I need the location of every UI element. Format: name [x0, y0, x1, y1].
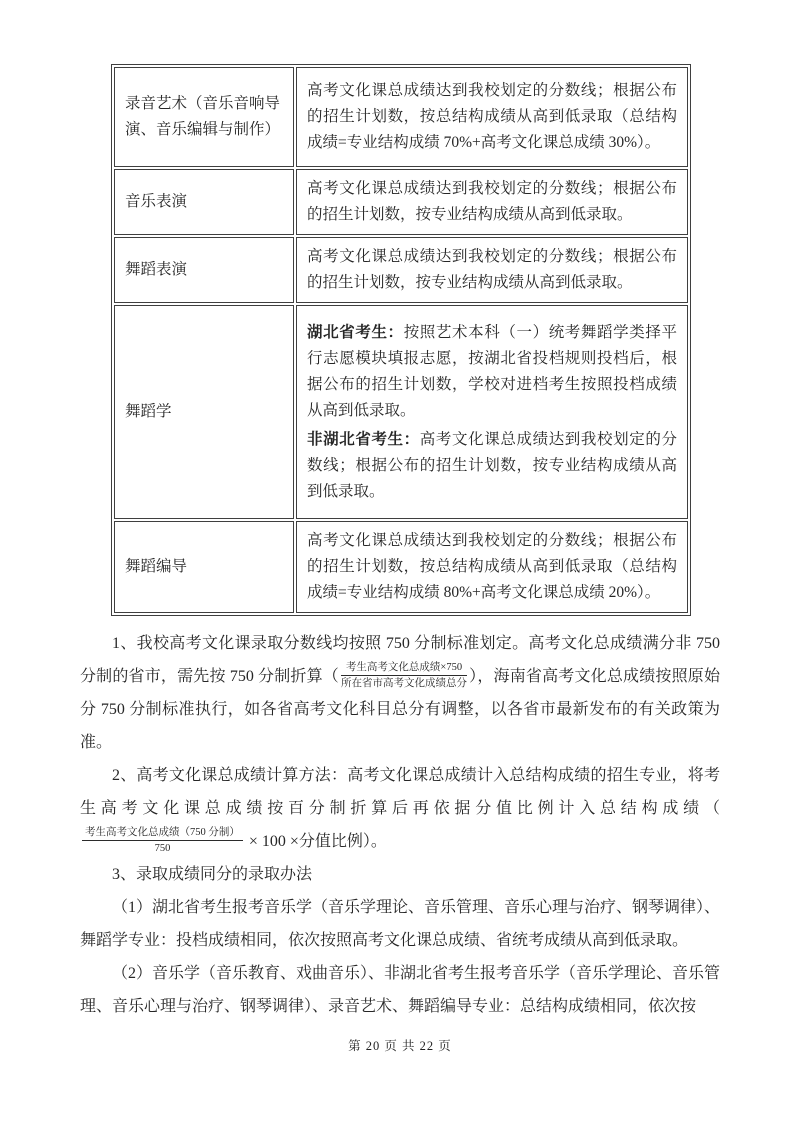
admission-rule-cell: 高考文化课总成绩达到我校划定的分数线；根据公布的招生计划数，按总结构成绩从高到低… [296, 521, 688, 613]
text-run: 高考文化课总成绩达到我校划定的分数线；根据公布的招生计划数，按总结构成绩从高到低… [307, 532, 677, 601]
table-row: 音乐表演高考文化课总成绩达到我校划定的分数线；根据公布的招生计划数，按专业结构成… [114, 169, 688, 235]
admission-rule-cell: 高考文化课总成绩达到我校划定的分数线；根据公布的招生计划数，按专业结构成绩从高到… [296, 237, 688, 303]
rule-paragraph: 高考文化课总成绩达到我校划定的分数线；根据公布的招生计划数，按专业结构成绩从高到… [307, 176, 677, 228]
table-row: 舞蹈表演高考文化课总成绩达到我校划定的分数线；根据公布的招生计划数，按专业结构成… [114, 237, 688, 303]
note-paragraph: 2、高考文化课总成绩计算方法：高考文化课总成绩计入总结构成绩的招生专业，将考生高… [80, 759, 720, 858]
rule-paragraph: 高考文化课总成绩达到我校划定的分数线；根据公布的招生计划数，按专业结构成绩从高到… [307, 244, 677, 296]
notes-section: 1、我校高考文化课录取分数线均按照 750 分制标准划定。高考文化总成绩满分非 … [80, 627, 720, 1023]
rule-paragraph: 高考文化课总成绩达到我校划定的分数线；根据公布的招生计划数，按总结构成绩从高到低… [307, 528, 677, 606]
note-paragraph: 3、录取成绩同分的录取办法 [80, 858, 720, 891]
table-row: 舞蹈编导高考文化课总成绩达到我校划定的分数线；根据公布的招生计划数，按总结构成绩… [114, 521, 688, 613]
page-number: 第 20 页 共 22 页 [348, 1039, 452, 1053]
rule-paragraph: 非湖北省考生：高考文化课总成绩达到我校划定的分数线；根据公布的招生计划数，按专业… [307, 427, 677, 505]
admission-rule-cell: 高考文化课总成绩达到我校划定的分数线；根据公布的招生计划数，按总结构成绩从高到低… [296, 67, 688, 167]
note-paragraph: 1、我校高考文化课录取分数线均按照 750 分制标准划定。高考文化总成绩满分非 … [80, 627, 720, 759]
text-run: 3、录取成绩同分的录取办法 [112, 866, 312, 883]
text-run: 高考文化课总成绩达到我校划定的分数线；根据公布的招生计划数，按总结构成绩从高到低… [307, 82, 677, 151]
program-name-cell: 舞蹈编导 [114, 521, 294, 613]
bold-label: 非湖北省考生： [307, 431, 420, 448]
rule-paragraph: 湖北省考生：按照艺术本科（一）统考舞蹈学类择平行志愿模块填报志愿，按湖北省投档规… [307, 320, 677, 424]
rule-paragraph: 高考文化课总成绩达到我校划定的分数线；根据公布的招生计划数，按总结构成绩从高到低… [307, 78, 677, 156]
text-run: × 100 ×分值比例）。 [245, 833, 387, 850]
inline-fraction: 考生高考文化总成绩×750所在省市高考文化成绩总分 [341, 661, 467, 690]
fraction-numerator: 考生高考文化总成绩（750 分制） [82, 826, 243, 841]
admission-criteria-table: 录音艺术（音乐音响导演、音乐编辑与制作）高考文化课总成绩达到我校划定的分数线；根… [111, 64, 691, 616]
bold-label: 湖北省考生： [307, 324, 404, 341]
page-content: 录音艺术（音乐音响导演、音乐编辑与制作）高考文化课总成绩达到我校划定的分数线；根… [80, 64, 720, 1023]
table-row: 舞蹈学湖北省考生：按照艺术本科（一）统考舞蹈学类择平行志愿模块填报志愿，按湖北省… [114, 305, 688, 519]
text-run: 高考文化课总成绩达到我校划定的分数线；根据公布的招生计划数，按专业结构成绩从高到… [307, 248, 677, 291]
program-name-cell: 舞蹈学 [114, 305, 294, 519]
note-paragraph: （1）湖北省考生报考音乐学（音乐学理论、音乐管理、音乐心理与治疗、钢琴调律）、舞… [80, 891, 720, 957]
table-row: 录音艺术（音乐音响导演、音乐编辑与制作）高考文化课总成绩达到我校划定的分数线；根… [114, 67, 688, 167]
page-footer: 第 20 页 共 22 页 [0, 1036, 800, 1054]
text-run: （1）湖北省考生报考音乐学（音乐学理论、音乐管理、音乐心理与治疗、钢琴调律）、舞… [80, 899, 720, 949]
criteria-table-body: 录音艺术（音乐音响导演、音乐编辑与制作）高考文化课总成绩达到我校划定的分数线；根… [114, 67, 688, 613]
fraction-numerator: 考生高考文化总成绩×750 [341, 661, 467, 676]
program-name-cell: 音乐表演 [114, 169, 294, 235]
document-page: 录音艺术（音乐音响导演、音乐编辑与制作）高考文化课总成绩达到我校划定的分数线；根… [0, 0, 800, 1131]
text-run: 2、高考文化课总成绩计算方法：高考文化课总成绩计入总结构成绩的招生专业，将考生高… [80, 767, 720, 817]
inline-fraction: 考生高考文化总成绩（750 分制）750 [82, 826, 243, 855]
admission-rule-cell: 高考文化课总成绩达到我校划定的分数线；根据公布的招生计划数，按专业结构成绩从高到… [296, 169, 688, 235]
fraction-denominator: 750 [82, 841, 243, 855]
note-paragraph: （2）音乐学（音乐教育、戏曲音乐）、非湖北省考生报考音乐学（音乐学理论、音乐管理… [80, 957, 720, 1023]
program-name-cell: 录音艺术（音乐音响导演、音乐编辑与制作） [114, 67, 294, 167]
program-name-cell: 舞蹈表演 [114, 237, 294, 303]
text-run: 高考文化课总成绩达到我校划定的分数线；根据公布的招生计划数，按专业结构成绩从高到… [307, 180, 677, 223]
text-run: （2）音乐学（音乐教育、戏曲音乐）、非湖北省考生报考音乐学（音乐学理论、音乐管理… [80, 965, 720, 1015]
fraction-denominator: 所在省市高考文化成绩总分 [341, 676, 467, 690]
admission-rule-cell: 湖北省考生：按照艺术本科（一）统考舞蹈学类择平行志愿模块填报志愿，按湖北省投档规… [296, 305, 688, 519]
